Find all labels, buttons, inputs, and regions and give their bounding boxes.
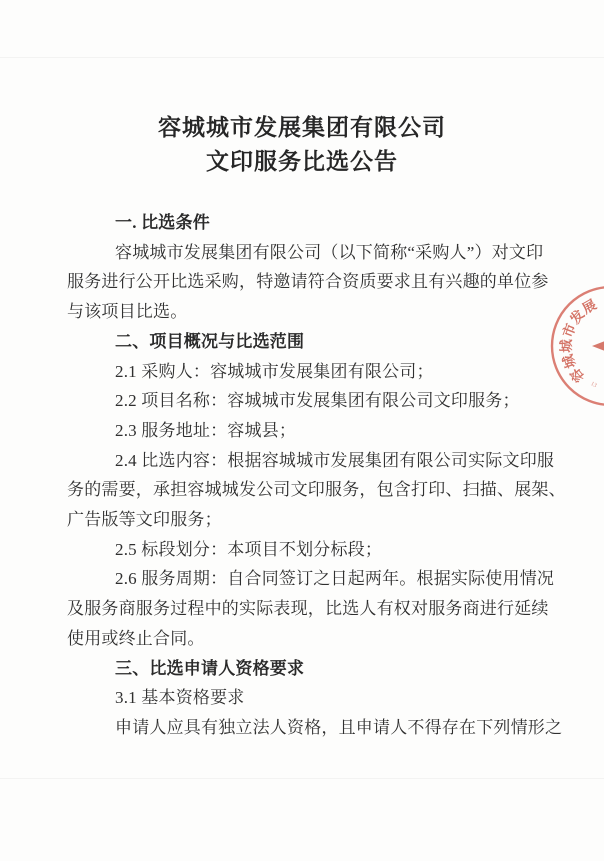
- company-seal-stamp: 容 城 城 市 发 展 13: [548, 275, 604, 425]
- body-line-address: 2.3 服务地址：容城县；: [67, 416, 553, 446]
- body-line: 使用或终止合同。: [67, 624, 553, 654]
- document-body: 一. 比选条件 容城城市发展集团有限公司（以下简称“采购人”）对文印 服务进行公…: [67, 208, 553, 743]
- section-heading-3: 三、比选申请人资格要求: [67, 654, 553, 684]
- body-line: 申请人应具有独立法人资格，且申请人不得存在下列情形之: [67, 713, 553, 743]
- section-heading-1: 一. 比选条件: [67, 208, 553, 238]
- title-line-announcement: 文印服务比选公告: [0, 145, 604, 179]
- scan-artifact-line-bottom: [0, 778, 604, 779]
- seal-arc-character: 发: [566, 306, 588, 328]
- seal-arc-character: 市: [559, 321, 579, 340]
- seal-ring: [552, 287, 604, 405]
- seal-star: [592, 327, 604, 365]
- title-line-company: 容城城市发展集团有限公司: [0, 111, 604, 145]
- body-line-sections: 2.5 标段划分：本项目不划分标段；: [67, 535, 553, 565]
- body-line-qualification: 3.1 基本资格要求: [67, 683, 553, 713]
- seal-arc-character: 城: [558, 339, 574, 353]
- document-title: 容城城市发展集团有限公司 文印服务比选公告: [0, 111, 604, 179]
- body-line-period: 2.6 服务周期：自合同签订之日起两年。根据实际使用情况: [67, 564, 553, 594]
- body-line: 容城城市发展集团有限公司（以下简称“采购人”）对文印: [67, 238, 553, 268]
- body-line-content: 2.4 比选内容：根据容城城市发展集团有限公司实际文印服: [67, 446, 553, 476]
- scanned-document-page: 容城城市发展集团有限公司 文印服务比选公告 一. 比选条件 容城城市发展集团有限…: [0, 0, 604, 861]
- body-line: 广告版等文印服务；: [67, 505, 553, 535]
- scan-artifact-line-top: [0, 57, 604, 58]
- section-heading-2: 二、项目概况与比选范围: [67, 327, 553, 357]
- body-line: 服务进行公开比选采购，特邀请符合资质要求且有兴趣的单位参: [67, 267, 553, 297]
- seal-arc-character: 城: [559, 352, 579, 371]
- seal-arc-character: 展: [580, 297, 600, 317]
- seal-arc-character: 容: [566, 365, 587, 386]
- body-line: 务的需要，承担容城城发公司文印服务，包含打印、扫描、展架、: [67, 475, 553, 505]
- seal-arc-text: 容 城 城 市 发 展: [558, 297, 599, 386]
- body-line: 与该项目比选。: [67, 297, 553, 327]
- body-line: 及服务商服务过程中的实际表现，比选人有权对服务商进行延续: [67, 594, 553, 624]
- body-line-purchaser: 2.1 采购人：容城城市发展集团有限公司；: [67, 357, 553, 387]
- seal-code: 13: [589, 381, 597, 389]
- body-line-project-name: 2.2 项目名称：容城城市发展集团有限公司文印服务；: [67, 386, 553, 416]
